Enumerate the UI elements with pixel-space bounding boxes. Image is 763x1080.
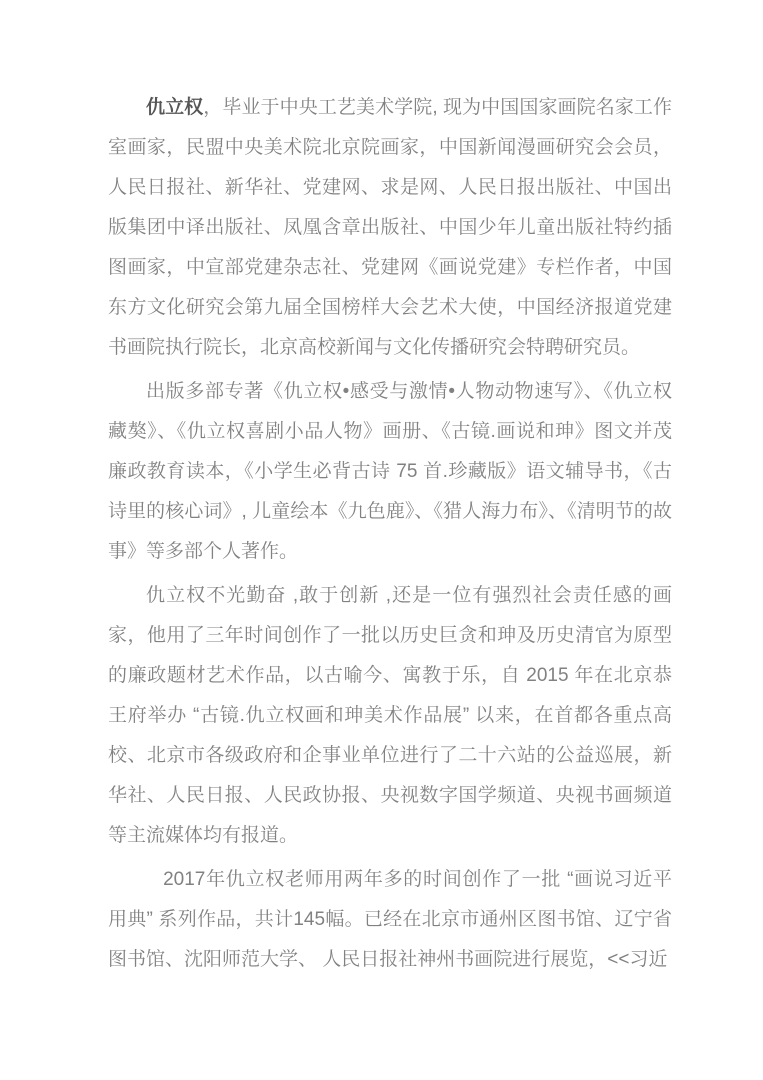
paragraph-bio-text: ，毕业于中央工艺美术学院, 现为中国国家画院名家工作室画家，民盟中央美术院北京院… [108, 97, 672, 358]
paragraph-artworks: 仇立权不光勤奋 ,敢于创新 ,还是一位有强烈社会责任感的画家，他用了三年时间创作… [108, 576, 672, 856]
paragraph-publications: 出版多部专著《仇立权•感受与激情•人物动物速写》、《仇立权藏獒》、《仇立权喜剧小… [108, 372, 672, 572]
paragraph-exhibitions: 2017年仇立权老师用两年多的时间创作了一批 “画说习近平用典” 系列作品，共计… [108, 860, 672, 980]
paragraph-exhibitions-text: 2017年仇立权老师用两年多的时间创作了一批 “画说习近平用典” 系列作品，共计… [108, 869, 672, 970]
paragraph-artworks-text: 仇立权不光勤奋 ,敢于创新 ,还是一位有强烈社会责任感的画家，他用了三年时间创作… [108, 585, 672, 846]
paragraph-publications-text: 出版多部专著《仇立权•感受与激情•人物动物速写》、《仇立权藏獒》、《仇立权喜剧小… [108, 381, 672, 562]
document-page: 仇立权，毕业于中央工艺美术学院, 现为中国国家画院名家工作室画家，民盟中央美术院… [0, 0, 763, 1080]
author-name: 仇立权 [146, 97, 203, 118]
document-text-block: 仇立权，毕业于中央工艺美术学院, 现为中国国家画院名家工作室画家，民盟中央美术院… [108, 88, 672, 984]
paragraph-bio: 仇立权，毕业于中央工艺美术学院, 现为中国国家画院名家工作室画家，民盟中央美术院… [108, 88, 672, 368]
